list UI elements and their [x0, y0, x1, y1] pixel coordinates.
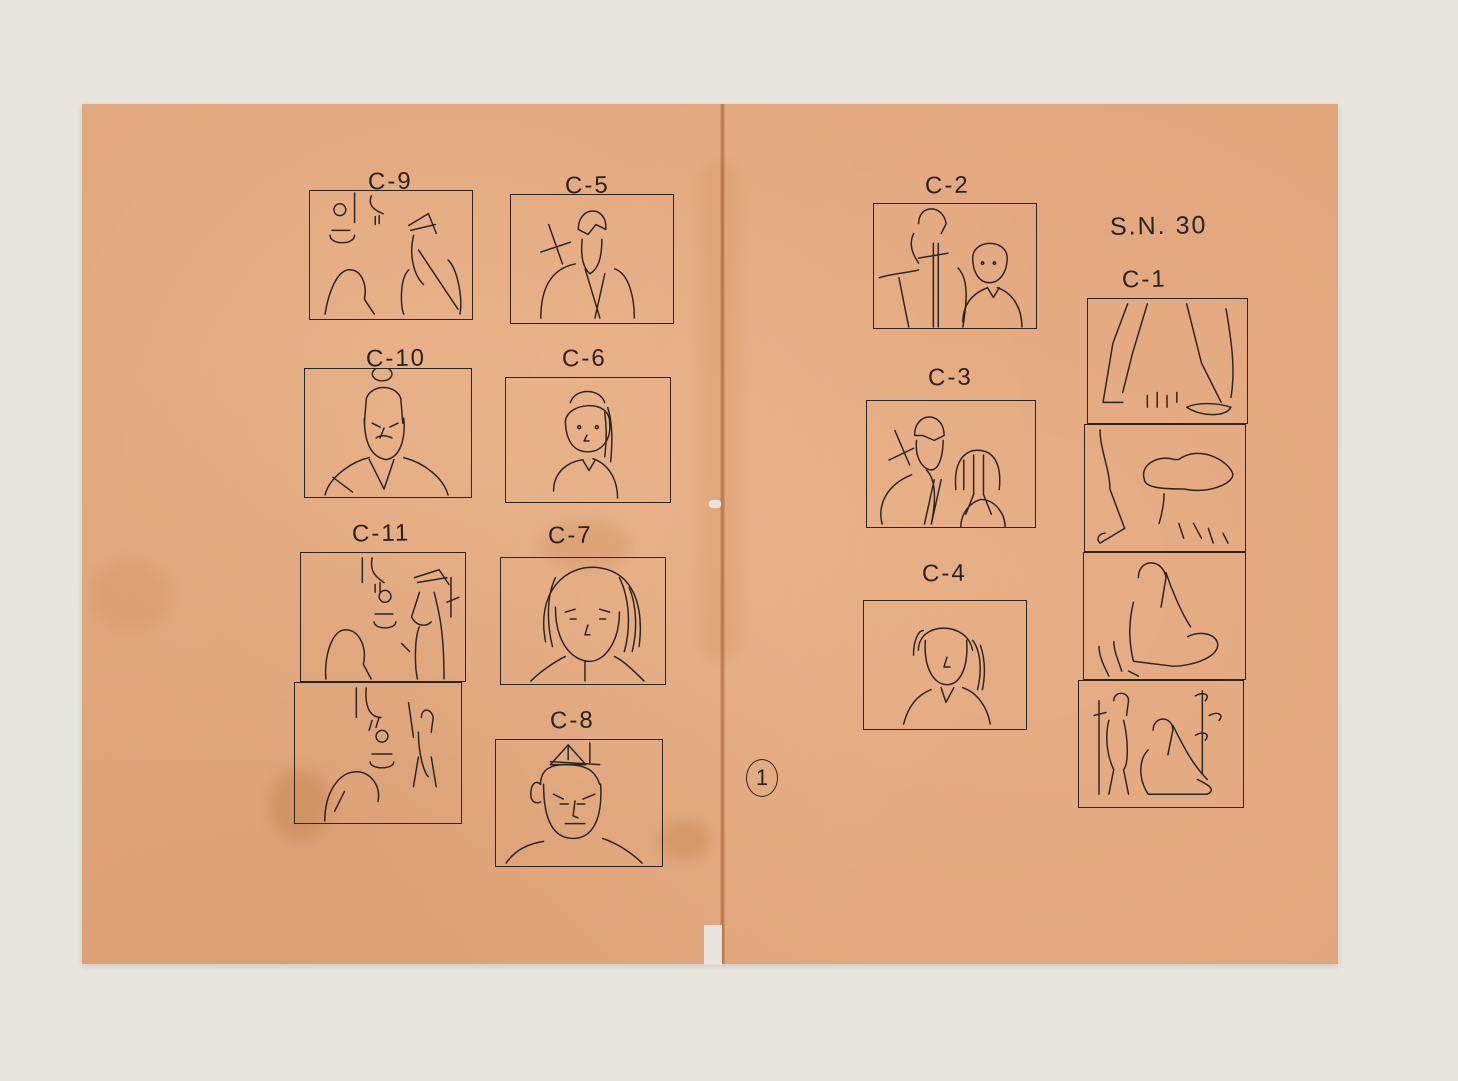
- storyboard-panel-c3: [866, 400, 1036, 528]
- sketch-c9: [310, 191, 472, 319]
- storyboard-panel-c4: [863, 600, 1027, 730]
- storyboard-panel-c2: [873, 203, 1037, 329]
- sketch-c1c: [1084, 553, 1245, 679]
- sketch-c10: [305, 369, 471, 497]
- cut-label: C-7: [548, 522, 593, 551]
- cut-label: C-11: [352, 519, 411, 548]
- storyboard-panel-c6: [505, 377, 671, 503]
- storyboard-panel-c9: [309, 190, 473, 320]
- cut-label: C-8: [550, 707, 595, 736]
- sketch-c1d: [1079, 681, 1243, 807]
- storyboard-panel-c1-frame-4: [1078, 680, 1244, 808]
- sketch-c1b: [1085, 425, 1245, 551]
- storyboard-panel-c5: [510, 194, 674, 324]
- cut-label: C-3: [928, 364, 973, 393]
- sketch-c5: [511, 195, 673, 323]
- sketch-c11b: [295, 683, 461, 823]
- stain: [90, 560, 170, 630]
- storyboard-panel-c1-frame-3: [1083, 552, 1246, 680]
- paper-hole: [709, 500, 721, 508]
- stain: [660, 820, 710, 860]
- paper-notch: [704, 925, 722, 965]
- storyboard-panel-c11: [300, 552, 466, 682]
- center-fold: [720, 104, 725, 964]
- cut-label: C-1: [1122, 266, 1167, 295]
- cut-label: C-6: [562, 345, 607, 374]
- sketch-c7: [501, 558, 665, 684]
- storyboard-panel-c1-frame-1: [1087, 298, 1248, 424]
- storyboard-panel-c8: [495, 739, 663, 867]
- sketch-c4: [864, 601, 1026, 729]
- sketch-c8: [496, 740, 662, 866]
- sketch-c11: [301, 553, 465, 681]
- storyboard-panel-c1-frame-2: [1084, 424, 1246, 552]
- storyboard-panel-c10: [304, 368, 472, 498]
- scene-number-label: S.N. 30: [1110, 211, 1208, 242]
- sketch-c1a: [1088, 299, 1247, 423]
- storyboard-panel-c7: [500, 557, 666, 685]
- sketch-c3: [867, 401, 1035, 527]
- page-number: 1: [746, 759, 778, 797]
- photo-stage: S.N. 30 C-9 C-5 C-10 C-6: [0, 0, 1458, 1081]
- sketch-c2: [874, 204, 1036, 328]
- cut-label: C-2: [925, 172, 970, 201]
- sketch-c6: [506, 378, 670, 502]
- storyboard-panel-c11-continued: [294, 682, 462, 824]
- cut-label: C-4: [922, 560, 967, 589]
